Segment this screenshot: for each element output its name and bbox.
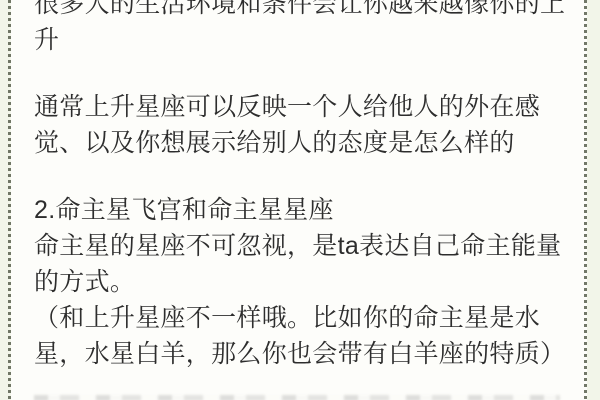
text-line: 星，水星白羊，那么你也会带有白羊座的特质） — [34, 336, 576, 372]
left-dotted-border — [8, 0, 11, 400]
article-text: 很多人的生活环境和条件会让你越来越像你的上升通常上升星座可以反映一个人给他人的外… — [34, 0, 576, 400]
text-line: （和上升星座不一样哦。比如你的命主星是水 — [34, 300, 576, 336]
article-page: 很多人的生活环境和条件会让你越来越像你的上升通常上升星座可以反映一个人给他人的外… — [0, 0, 600, 400]
para-rising-sign-impression: 通常上升星座可以反映一个人给他人的外在感觉、以及你想展示给别人的态度是怎么样的 — [34, 89, 576, 161]
text-line: 通常上升星座可以反映一个人给他人的外在感 — [34, 89, 576, 125]
text-line: 升 — [34, 22, 576, 58]
cut-off-text-line — [34, 395, 560, 400]
para-chart-ruler-section: 2.命主星飞宫和命主星星座命主星的星座不可忽视，是ta表达自己命主能量的方式。（… — [34, 192, 576, 372]
text-line: 很多人的生活环境和条件会让你越来越像你的上 — [34, 0, 576, 22]
text-line: 2.命主星飞宫和命主星星座 — [34, 192, 576, 228]
text-line: 觉、以及你想展示给别人的态度是怎么样的 — [34, 125, 576, 161]
text-line: 命主星的星座不可忽视，是ta表达自己命主能量 — [34, 228, 576, 264]
right-dotted-border — [584, 0, 587, 400]
text-line: 的方式。 — [34, 264, 576, 300]
para-rising-sign-environment: 很多人的生活环境和条件会让你越来越像你的上升 — [34, 0, 576, 58]
